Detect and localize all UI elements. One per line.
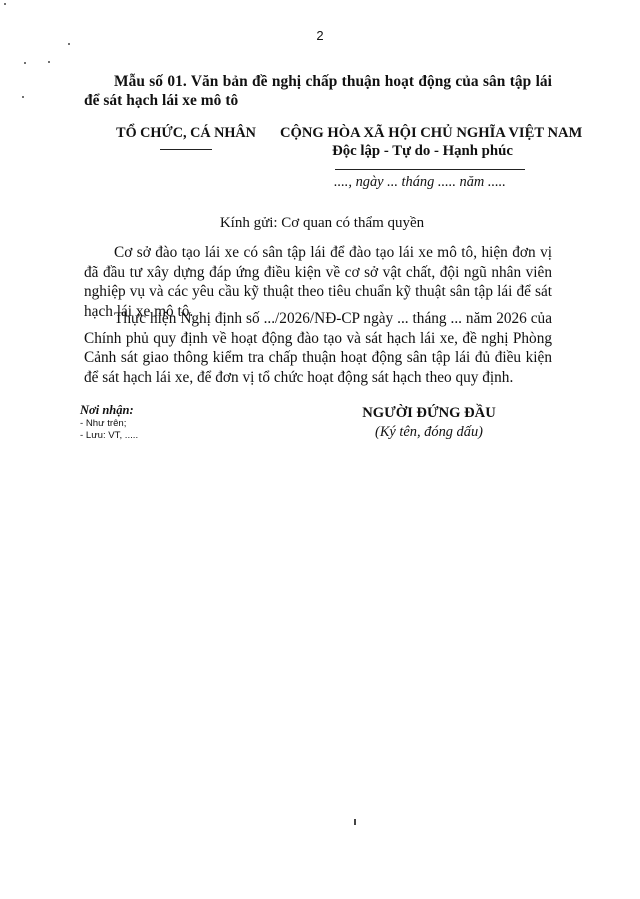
- form-title: Mẫu số 01. Văn bản đề nghị chấp thuận ho…: [84, 72, 552, 110]
- recipient-item: - Lưu: VT, .....: [80, 430, 138, 442]
- motto-underline: [335, 169, 525, 170]
- salutation: Kính gửi: Cơ quan có thẩm quyền: [0, 215, 640, 232]
- scan-speck: [24, 62, 26, 64]
- organization-underline: [160, 149, 212, 150]
- scan-speck: [354, 819, 356, 825]
- national-motto: Độc lập - Tự do - Hạnh phúc: [280, 142, 545, 160]
- organization-block: TỔ CHỨC, CÁ NHÂN: [100, 124, 272, 150]
- salutation-text: Kính gửi: Cơ quan có thẩm quyền: [220, 215, 424, 231]
- signature-block: NGƯỜI ĐỨNG ĐẦU (Ký tên, đóng dấu): [338, 404, 520, 441]
- signer-note: (Ký tên, đóng dấu): [338, 423, 520, 441]
- scan-speck: [68, 43, 70, 45]
- recipient-item: - Như trên;: [80, 418, 138, 430]
- scan-speck: [22, 96, 24, 98]
- national-header: CỘNG HÒA XÃ HỘI CHỦ NGHĨA VIỆT NAM Độc l…: [280, 124, 545, 170]
- body-paragraph-2: Thực hiện Nghị định số .../2026/NĐ-CP ng…: [84, 309, 552, 387]
- recipients-title: Nơi nhận:: [80, 403, 138, 418]
- organization-name: TỔ CHỨC, CÁ NHÂN: [100, 124, 272, 142]
- scan-speck: [48, 61, 50, 63]
- scan-speck: [4, 3, 6, 5]
- date-line: ...., ngày ... tháng ..... năm .....: [334, 174, 506, 191]
- recipients-block: Nơi nhận: - Như trên; - Lưu: VT, .....: [80, 403, 138, 442]
- signer-title: NGƯỜI ĐỨNG ĐẦU: [338, 404, 520, 423]
- nation-name: CỘNG HÒA XÃ HỘI CHỦ NGHĨA VIỆT NAM: [280, 124, 545, 142]
- page-number: 2: [0, 28, 640, 43]
